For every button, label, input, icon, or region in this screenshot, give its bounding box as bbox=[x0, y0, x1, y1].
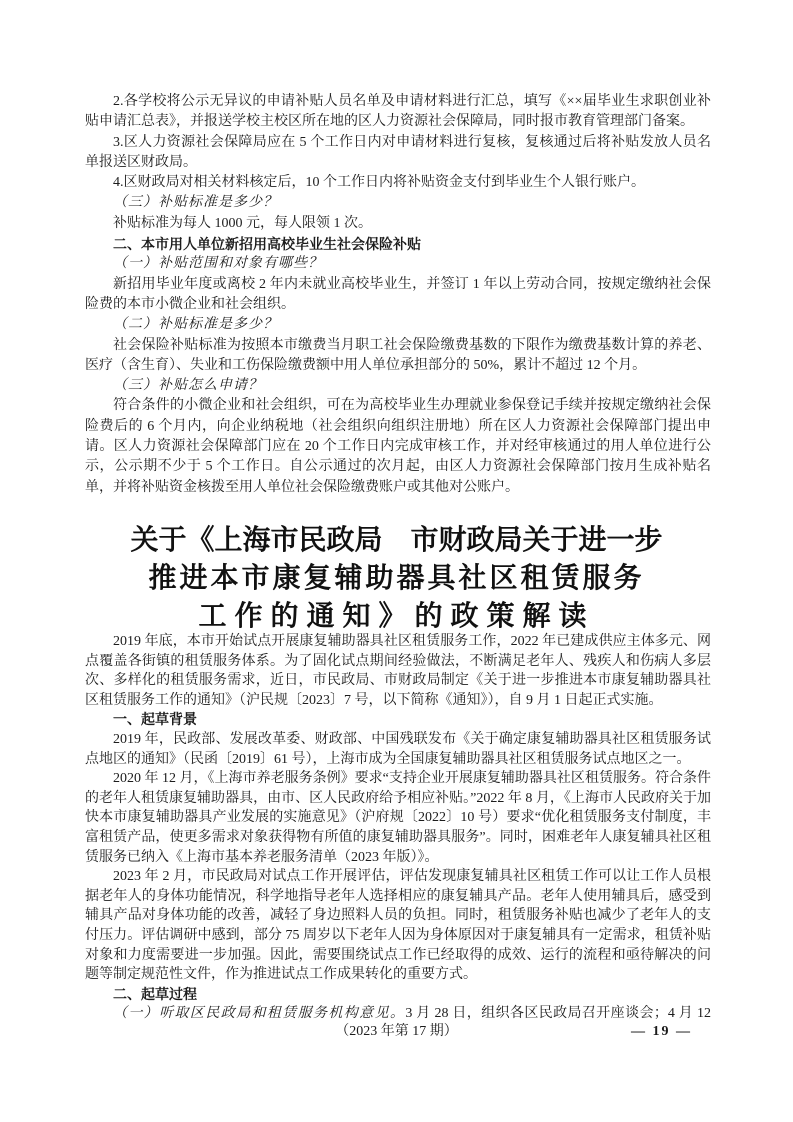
paragraph: 新招用毕业年度或离校 2 年内未就业高校毕业生，并签订 1 年以上劳动合同，按规… bbox=[85, 275, 711, 316]
paragraph: 3.区人力资源社会保障局应在 5 个工作日内对申请材料进行复核，复核通过后将补贴… bbox=[85, 133, 711, 174]
subsection-question: （一）补贴范围和对象有哪些？ bbox=[85, 254, 711, 274]
article-title: 关于《上海市民政局 市财政局关于进一步 推进本市康复辅助器具社区租赁服务 工作的… bbox=[0, 522, 793, 636]
title-line: 关于《上海市民政局 市财政局关于进一步 bbox=[0, 522, 793, 560]
subsection-question: （三）补贴怎么申请？ bbox=[85, 376, 711, 396]
paragraph: 社会保险补贴标准为按照本市缴费当月职工社会保险缴费基数的下限作为缴费基数计算的养… bbox=[85, 336, 711, 377]
document-page: 2.各学校将公示无异议的申请补贴人员名单及申请材料进行汇总，填写《××届毕业生求… bbox=[0, 0, 793, 1122]
paragraph: 补贴标准为每人 1000 元，每人限领 1 次。 bbox=[85, 214, 711, 234]
paragraph: 2019 年底，本市开始试点开展康复辅助器具社区租赁服务工作，2022 年已建成… bbox=[85, 632, 711, 710]
paragraph: 符合条件的小微企业和社会组织，可在为高校毕业生办理就业参保登记手续并按规定缴纳社… bbox=[85, 396, 711, 497]
title-line: 工作的通知》的政策解读 bbox=[0, 598, 793, 636]
paragraph: 2.各学校将公示无异议的申请补贴人员名单及申请材料进行汇总，填写《××届毕业生求… bbox=[85, 92, 711, 133]
subsection-lead: （一）听取区民政局和租赁服务机构意见。 bbox=[113, 1006, 405, 1021]
article-body: 2019 年底，本市开始试点开展康复辅助器具社区租赁服务工作，2022 年已建成… bbox=[85, 632, 711, 1024]
paragraph: 2020 年 12 月，《上海市养老服务条例》要求“支持企业开展康复辅助器具社区… bbox=[85, 769, 711, 867]
section-heading: 二、本市用人单位新招用高校毕业生社会保险补贴 bbox=[85, 234, 711, 254]
page-footer: （2023 年第 17 期） — 19 — bbox=[0, 1022, 793, 1044]
paragraph: 4.区财政局对相关材料核定后，10 个工作日内将补贴资金支付到毕业生个人银行账户… bbox=[85, 173, 711, 193]
page-number: — 19 — bbox=[631, 1022, 692, 1042]
paragraph: 2023 年 2 月，市民政局对试点工作开展评估，评估发现康复辅具社区租赁工作可… bbox=[85, 867, 711, 985]
pre-article-section: 2.各学校将公示无异议的申请补贴人员名单及申请材料进行汇总，填写《××届毕业生求… bbox=[85, 92, 711, 510]
subsection-question: （二）补贴标准是多少？ bbox=[85, 315, 711, 335]
section-heading: 一、起草背景 bbox=[85, 710, 711, 730]
section-heading: 二、起草过程 bbox=[85, 985, 711, 1005]
subsection-question: （三）补贴标准是多少？ bbox=[85, 193, 711, 213]
title-line: 推进本市康复辅助器具社区租赁服务 bbox=[0, 560, 793, 598]
paragraph: 2019 年，民政部、发展改革委、财政部、中国残联发布《关于确定康复辅助器具社区… bbox=[85, 730, 711, 769]
